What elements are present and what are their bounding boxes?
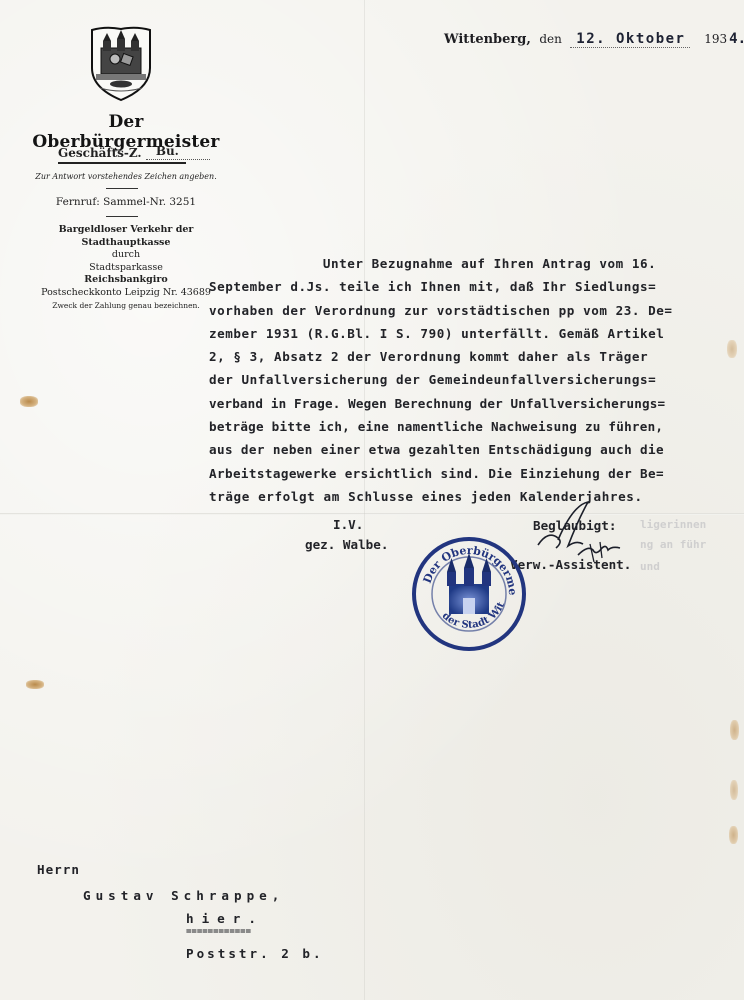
- payment-line: Reichsbankgiro: [26, 274, 226, 287]
- address-underline: ============: [186, 927, 251, 937]
- body-line: aus der neben einer etwa gezahlten Entsc…: [209, 438, 744, 461]
- address-place: hier.: [186, 911, 264, 926]
- body-line: Arbeitstagewerke ersichtlich sind. Die E…: [209, 462, 744, 485]
- rust-stain: [730, 780, 738, 800]
- reference-rule: [58, 162, 186, 164]
- official-seal-icon: Der Oberbürgermeister der Stadt Wittenbe…: [411, 536, 527, 652]
- rust-stain: [26, 680, 44, 689]
- payment-line: Stadtsparkasse: [26, 262, 226, 275]
- payment-line: durch: [26, 249, 226, 262]
- body-line: September d.Js. teile ich Ihnen mit, daß…: [209, 275, 744, 298]
- wittenberg-coat-of-arms-icon: [86, 24, 156, 102]
- dateline: Wittenberg, den 12. Oktober1934.: [444, 31, 744, 48]
- handwritten-signature-icon: [528, 500, 628, 570]
- body-line: Unter Bezugnahme auf Ihren Antrag vom 16…: [209, 252, 744, 275]
- payment-line: Stadthauptkasse: [26, 237, 226, 250]
- reference-field: Geschäfts-Z. Bü.: [58, 146, 210, 160]
- rust-stain: [20, 396, 38, 407]
- date-day-month: 12. Oktober: [570, 31, 685, 47]
- payment-info: Bargeldloser Verkehr der Stadthauptkasse…: [26, 224, 226, 312]
- year-suffix: 4.: [727, 31, 744, 47]
- phone-number: Fernruf: Sammel-Nr. 3251: [26, 196, 226, 208]
- body-line: 2, § 3, Absatz 2 der Verordnung kommt da…: [209, 345, 744, 368]
- address-name: Gustav Schrappe,: [83, 888, 284, 903]
- reference-value: Bü.: [156, 144, 179, 158]
- place-name: Wittenberg,: [444, 32, 531, 47]
- den-label: den: [539, 32, 562, 46]
- year-prefix: 193: [690, 32, 727, 46]
- address-salutation: Herrn: [37, 862, 80, 877]
- divider: [106, 216, 138, 217]
- rust-stain: [729, 826, 738, 844]
- signatory-block: I.V. gez. Walbe.: [305, 515, 388, 555]
- show-through-text: ligerinnen: [640, 518, 706, 531]
- date-field: 12. Oktober: [570, 31, 690, 48]
- body-line: träge erfolgt am Schlusse eines jeden Ka…: [209, 485, 744, 508]
- payment-line: Postscheckkonto Leipzig Nr. 43689: [26, 287, 226, 300]
- rust-stain: [730, 720, 739, 740]
- payment-note: Zweck der Zahlung genau bezeichnen.: [26, 300, 226, 313]
- iv-label: I.V.: [305, 515, 388, 535]
- body-line: verband in Frage. Wegen Berechnung der U…: [209, 392, 744, 415]
- reference-label: Geschäfts-Z.: [58, 146, 142, 160]
- payment-line: Bargeldloser Verkehr der: [26, 224, 226, 237]
- show-through-text: und: [640, 560, 660, 573]
- body-line: zember 1931 (R.G.Bl. I S. 790) unterfäll…: [209, 322, 744, 345]
- body-line: der Unfallversicherung der Gemeindeunfal…: [209, 368, 744, 391]
- body-line: beträge bitte ich, eine namentliche Nach…: [209, 415, 744, 438]
- letter-body: Unter Bezugnahme auf Ihren Antrag vom 16…: [209, 252, 744, 508]
- address-street: Poststr. 2 b.: [186, 946, 324, 961]
- body-line: vorhaben der Verordnung zur vorstädtisch…: [209, 299, 744, 322]
- show-through-text: ng an führ: [640, 538, 706, 551]
- reply-note: Zur Antwort vorstehendes Zeichen angeben…: [26, 172, 226, 181]
- signed-by: gez. Walbe.: [305, 535, 388, 555]
- divider: [106, 188, 138, 189]
